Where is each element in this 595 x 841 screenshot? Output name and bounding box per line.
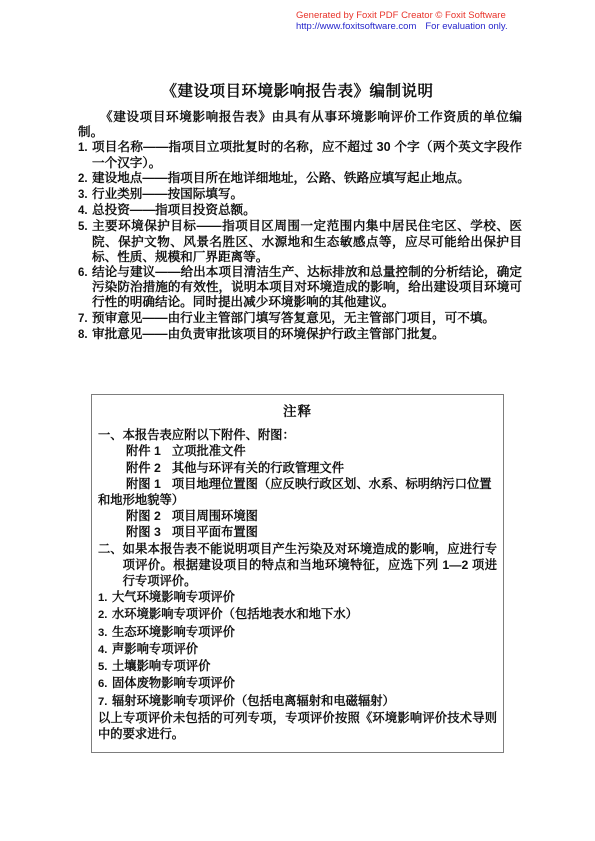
item-number: 6.: [98, 675, 112, 692]
item-number: 4.: [98, 641, 112, 658]
item-number: 2.: [98, 606, 112, 623]
special-item-6: 6. 固体废物影响专项评价: [98, 675, 497, 692]
attachment-text: 立项批准文件: [172, 444, 246, 458]
attachment-row-1: 附件 1立项批准文件: [98, 443, 497, 459]
item-text: 大气环境影响专项评价: [112, 589, 497, 605]
special-item-2: 2. 水环境影响专项评价（包括地表水和地下水）: [98, 606, 497, 623]
section-text: 本报告表应附以下附件、附图：: [123, 427, 497, 443]
item-text: 主要环境保护目标——指项目区周围一定范围内集中居民住宅区、学校、医院、保护文物、…: [92, 219, 522, 265]
item-number: 5.: [98, 658, 112, 675]
item-text: 建设地点——指项目所在地详细地址，公路、铁路应填写起止地点。: [92, 171, 522, 186]
attachment-row-2: 附件 2其他与环评有关的行政管理文件: [98, 460, 497, 476]
attachment-label: 附件 2: [126, 461, 161, 475]
item-text: 固体废物影响专项评价: [112, 675, 497, 691]
item-number: 7.: [78, 311, 92, 327]
list-item-6: 6. 结论与建议——给出本项目清洁生产、达标排放和总量控制的分析结论，确定污染防…: [78, 265, 522, 311]
foxit-watermark: Generated by Foxit PDF Creator © Foxit S…: [296, 11, 526, 32]
attachment-label: 附图 2: [126, 509, 161, 523]
item-number: 2.: [78, 171, 92, 187]
item-text: 结论与建议——给出本项目清洁生产、达标排放和总量控制的分析结论，确定污染防治措施…: [92, 265, 522, 311]
item-text: 生态环境影响专项评价: [112, 624, 497, 640]
section-label: 二、: [98, 541, 123, 557]
list-item-2: 2. 建设地点——指项目所在地详细地址，公路、铁路应填写起止地点。: [78, 171, 522, 187]
item-number: 3.: [78, 187, 92, 203]
item-text: 声影响专项评价: [112, 641, 497, 657]
body-text: 《建设项目环境影响报告表》由具有从事环境影响评价工作资质的单位编制。 1. 项目…: [0, 101, 595, 753]
list-item-5: 5. 主要环境保护目标——指项目区周围一定范围内集中居民住宅区、学校、医院、保护…: [78, 219, 522, 265]
special-item-1: 1. 大气环境影响专项评价: [98, 589, 497, 606]
watermark-line2: http://www.foxitsoftware.comFor evaluati…: [296, 22, 526, 33]
item-number: 7.: [98, 693, 112, 710]
item-text: 审批意见——由负责审批该项目的环境保护行政主管部门批复。: [92, 327, 522, 342]
item-number: 3.: [98, 624, 112, 641]
attachment-label: 附图 1: [126, 477, 161, 491]
attachment-text: 项目平面布置图: [172, 525, 258, 539]
special-item-3: 3. 生态环境影响专项评价: [98, 624, 497, 641]
item-text: 土壤影响专项评价: [112, 658, 497, 674]
item-text: 总投资——指项目投资总额。: [92, 203, 522, 218]
notes-footer: 以上专项评价未包括的可列专项，专项评价按照《环境影响评价技术导则中的要求进行。: [98, 710, 497, 742]
special-item-5: 5. 土壤影响专项评价: [98, 658, 497, 675]
item-text: 水环境影响专项评价（包括地表水和地下水）: [112, 606, 497, 622]
attachment-text: 项目周围环境图: [172, 509, 258, 523]
watermark-eval-text: For evaluation only.: [425, 21, 507, 32]
special-item-7: 7. 辐射环境影响专项评价（包括电离辐射和电磁辐射）: [98, 693, 497, 710]
attachment-label: 附件 1: [126, 444, 161, 458]
list-item-1: 1. 项目名称——指项目立项批复时的名称，应不超过 30 个字（两个英文字段作一…: [78, 140, 522, 170]
attachment-row-4: 附图 2项目周围环境图: [98, 508, 497, 524]
list-item-8: 8. 审批意见——由负责审批该项目的环境保护行政主管部门批复。: [78, 327, 522, 343]
section-text: 如果本报告表不能说明项目产生污染及对环境造成的影响，应进行专项评价。根据建设项目…: [123, 541, 497, 590]
section-label: 一、: [98, 427, 123, 443]
special-item-4: 4. 声影响专项评价: [98, 641, 497, 658]
attachment-label: 附图 3: [126, 525, 161, 539]
item-number: 4.: [78, 203, 92, 219]
item-text: 辐射环境影响专项评价（包括电离辐射和电磁辐射）: [112, 693, 497, 709]
notes-section-1: 一、 本报告表应附以下附件、附图：: [98, 427, 497, 443]
item-number: 1.: [98, 589, 112, 606]
item-number: 8.: [78, 327, 92, 343]
notes-box: 注释 一、 本报告表应附以下附件、附图： 附件 1立项批准文件 附件 2其他与环…: [91, 394, 504, 753]
item-text: 项目名称——指项目立项批复时的名称，应不超过 30 个字（两个英文字段作一个汉字…: [92, 140, 522, 170]
item-text: 预审意见——由行业主管部门填写答复意见，无主管部门项目，可不填。: [92, 311, 522, 326]
attachment-row-3: 附图 1项目地理位置图（应反映行政区划、水系、标明纳污口位置和地形地貌等）: [98, 476, 497, 508]
list-item-4: 4. 总投资——指项目投资总额。: [78, 203, 522, 219]
list-item-7: 7. 预审意见——由行业主管部门填写答复意见，无主管部门项目，可不填。: [78, 311, 522, 327]
notes-section-2: 二、 如果本报告表不能说明项目产生污染及对环境造成的影响，应进行专项评价。根据建…: [98, 541, 497, 590]
item-number: 5.: [78, 219, 92, 235]
item-number: 1.: [78, 140, 92, 156]
item-number: 6.: [78, 265, 92, 281]
document-page: Generated by Foxit PDF Creator © Foxit S…: [0, 0, 595, 841]
notes-box-title: 注释: [98, 404, 497, 420]
list-item-3: 3. 行业类别——按国际填写。: [78, 187, 522, 203]
watermark-url: http://www.foxitsoftware.com: [296, 21, 416, 32]
attachment-row-5: 附图 3项目平面布置图: [98, 524, 497, 540]
item-text: 行业类别——按国际填写。: [92, 187, 522, 202]
attachment-text: 其他与环评有关的行政管理文件: [172, 461, 344, 475]
intro-paragraph: 《建设项目环境影响报告表》由具有从事环境影响评价工作资质的单位编制。: [78, 110, 522, 140]
